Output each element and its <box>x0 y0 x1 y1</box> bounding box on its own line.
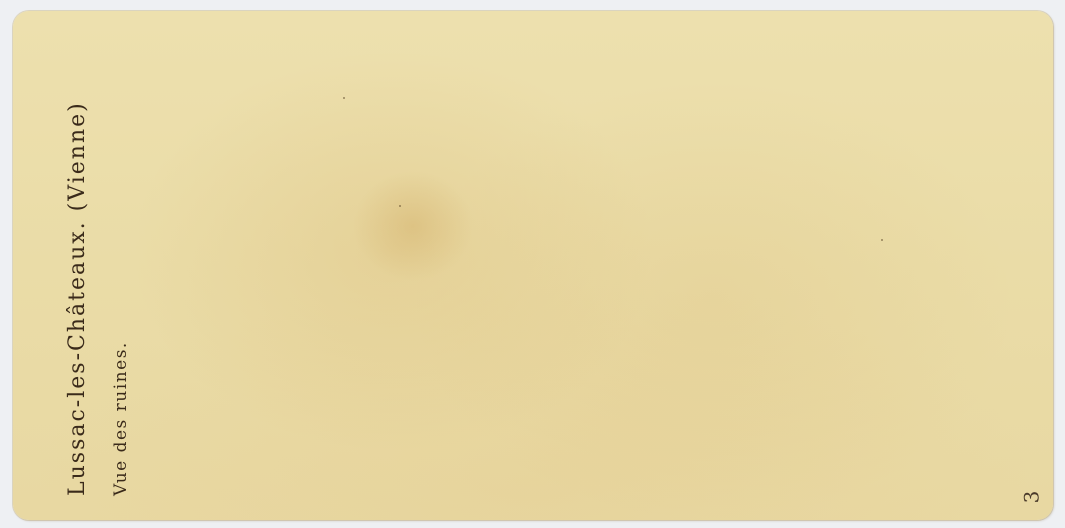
handwritten-location-title: Lussac-les-Châteaux. (Vienne) <box>65 101 90 496</box>
handwritten-caption: Vue des ruines. <box>111 341 131 496</box>
speck <box>399 205 401 207</box>
handwritten-number-mark: 3 <box>1019 491 1043 504</box>
speck <box>343 97 345 99</box>
stereoview-card-back: Lussac-les-Châteaux. (Vienne) Vue des ru… <box>13 11 1053 520</box>
speck <box>881 239 883 241</box>
